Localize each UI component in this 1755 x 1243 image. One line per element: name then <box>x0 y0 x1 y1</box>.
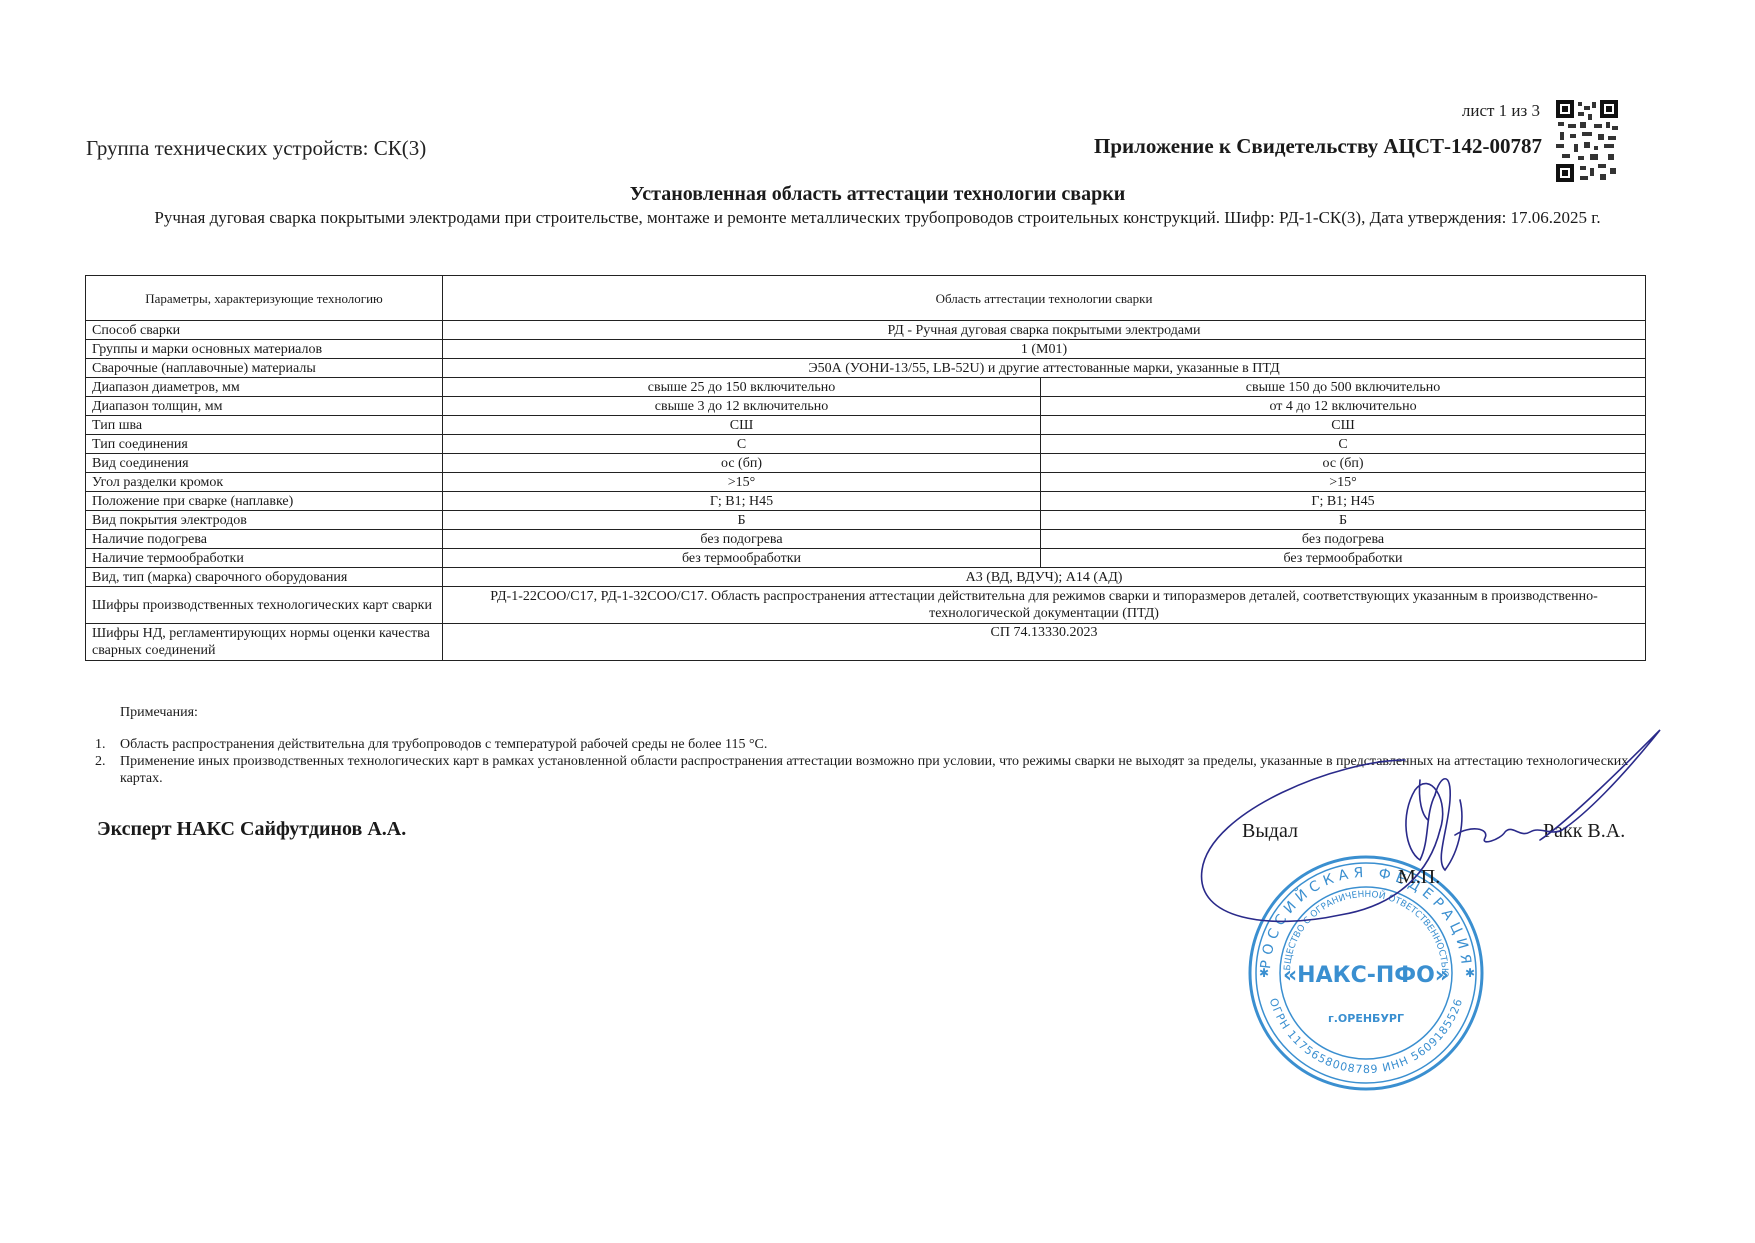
note-number: 1. <box>95 736 120 753</box>
row-value-range-2: свыше 150 до 500 включительно <box>1041 378 1646 397</box>
row-value: Э50А (УОНИ-13/55, LB-52U) и другие аттес… <box>443 359 1646 378</box>
row-value-range-1: Б <box>443 511 1041 530</box>
expert-signature-line: Эксперт НАКС Сайфутдинов А.А. <box>97 818 406 841</box>
row-param: Положение при сварке (наплавке) <box>86 492 443 511</box>
attestation-table: Параметры, характеризующие технологию Об… <box>85 275 1646 661</box>
row-param: Вид покрытия электродов <box>86 511 443 530</box>
row-param: Способ сварки <box>86 321 443 340</box>
row-value-range-2: СШ <box>1041 416 1646 435</box>
company-stamp: РОССИЙСКАЯ ФЕДЕРАЦИЯ ОБЩЕСТВО С ОГРАНИЧЕ… <box>1245 852 1487 1094</box>
stamp-name: «НАКС-ПФО» <box>1283 963 1449 988</box>
seal-place-label: М.П. <box>1398 866 1440 889</box>
row-value-range-1: СШ <box>443 416 1041 435</box>
row-value-range-1: без термообработки <box>443 549 1041 568</box>
row-value-range-2: без подогрева <box>1041 530 1646 549</box>
row-param: Наличие термообработки <box>86 549 443 568</box>
table-row: Вид покрытия электродов Б Б <box>86 511 1646 530</box>
row-value-range-1: свыше 25 до 150 включительно <box>443 378 1041 397</box>
row-param: Вид, тип (марка) сварочного оборудования <box>86 568 443 587</box>
row-param: Тип соединения <box>86 435 443 454</box>
qr-code-icon <box>1556 100 1618 182</box>
table-row: Сварочные (наплавочные) материалы Э50А (… <box>86 359 1646 378</box>
row-param: Шифры производственных технологических к… <box>86 587 443 624</box>
issuer-name: Ракк В.А. <box>1543 820 1625 843</box>
row-value: 1 (М01) <box>443 340 1646 359</box>
row-value-range-1: без подогрева <box>443 530 1041 549</box>
row-param: Вид соединения <box>86 454 443 473</box>
table-row: Наличие термообработки без термообработк… <box>86 549 1646 568</box>
row-value: А3 (ВД, ВДУЧ); А14 (АД) <box>443 568 1646 587</box>
note-text: Область распространения действительна дл… <box>120 736 767 753</box>
note-item: 1. Область распространения действительна… <box>95 736 1655 753</box>
table-row: Диапазон диаметров, мм свыше 25 до 150 в… <box>86 378 1646 397</box>
table-row: Тип соединения С С <box>86 435 1646 454</box>
table-row: Вид, тип (марка) сварочного оборудования… <box>86 568 1646 587</box>
svg-text:✱: ✱ <box>1259 966 1269 980</box>
stamp-city: г.ОРЕНБУРГ <box>1328 1012 1404 1025</box>
sheet-number: лист 1 из 3 <box>1300 101 1540 121</box>
row-value-range-1: С <box>443 435 1041 454</box>
svg-text:✱: ✱ <box>1465 966 1475 980</box>
column-header-parameters: Параметры, характеризующие технологию <box>86 276 443 321</box>
note-number: 2. <box>95 753 120 787</box>
document-title: Установленная область аттестации техноло… <box>0 183 1755 206</box>
row-value-range-2: без термообработки <box>1041 549 1646 568</box>
notes-list: 1. Область распространения действительна… <box>95 736 1655 787</box>
table-header-row: Параметры, характеризующие технологию Об… <box>86 276 1646 321</box>
device-group: Группа технических устройств: СК(3) <box>86 136 426 161</box>
row-param: Группы и марки основных материалов <box>86 340 443 359</box>
row-value: СП 74.13330.2023 <box>443 624 1646 661</box>
row-value-range-1: ос (бп) <box>443 454 1041 473</box>
table-row: Способ сварки РД - Ручная дуговая сварка… <box>86 321 1646 340</box>
row-param: Диапазон диаметров, мм <box>86 378 443 397</box>
document-subtitle: Ручная дуговая сварка покрытыми электрод… <box>120 206 1635 229</box>
table-row: Группы и марки основных материалов 1 (М0… <box>86 340 1646 359</box>
table-row: Вид соединения ос (бп) ос (бп) <box>86 454 1646 473</box>
row-value-range-1: Г; В1; Н45 <box>443 492 1041 511</box>
note-text: Применение иных производственных техноло… <box>120 753 1655 787</box>
row-param: Сварочные (наплавочные) материалы <box>86 359 443 378</box>
issued-by-label: Выдал <box>1242 820 1298 843</box>
table-row: Тип шва СШ СШ <box>86 416 1646 435</box>
column-header-scope: Область аттестации технологии сварки <box>443 276 1646 321</box>
table-row: Угол разделки кромок >15° >15° <box>86 473 1646 492</box>
row-param: Диапазон толщин, мм <box>86 397 443 416</box>
row-value: РД - Ручная дуговая сварка покрытыми эле… <box>443 321 1646 340</box>
row-value-range-1: >15° <box>443 473 1041 492</box>
row-param: Угол разделки кромок <box>86 473 443 492</box>
row-value-range-2: С <box>1041 435 1646 454</box>
row-value-range-2: Б <box>1041 511 1646 530</box>
table-row: Диапазон толщин, мм свыше 3 до 12 включи… <box>86 397 1646 416</box>
table-row: Шифры НД, регламентирующих нормы оценки … <box>86 624 1646 661</box>
row-value: РД-1-22СОО/С17, РД-1-32СОО/С17. Область … <box>443 587 1646 624</box>
notes-heading: Примечания: <box>120 705 198 721</box>
row-value-range-1: свыше 3 до 12 включительно <box>443 397 1041 416</box>
row-value-range-2: ос (бп) <box>1041 454 1646 473</box>
row-param: Тип шва <box>86 416 443 435</box>
table-row: Наличие подогрева без подогрева без подо… <box>86 530 1646 549</box>
row-value-range-2: >15° <box>1041 473 1646 492</box>
row-param: Наличие подогрева <box>86 530 443 549</box>
row-value-range-2: от 4 до 12 включительно <box>1041 397 1646 416</box>
table-row: Шифры производственных технологических к… <box>86 587 1646 624</box>
note-item: 2. Применение иных производственных техн… <box>95 753 1655 787</box>
row-value-range-2: Г; В1; Н45 <box>1041 492 1646 511</box>
table-row: Положение при сварке (наплавке) Г; В1; Н… <box>86 492 1646 511</box>
row-param: Шифры НД, регламентирующих нормы оценки … <box>86 624 443 661</box>
appendix-title: Приложение к Свидетельству АЦСТ-142-0078… <box>980 134 1542 159</box>
